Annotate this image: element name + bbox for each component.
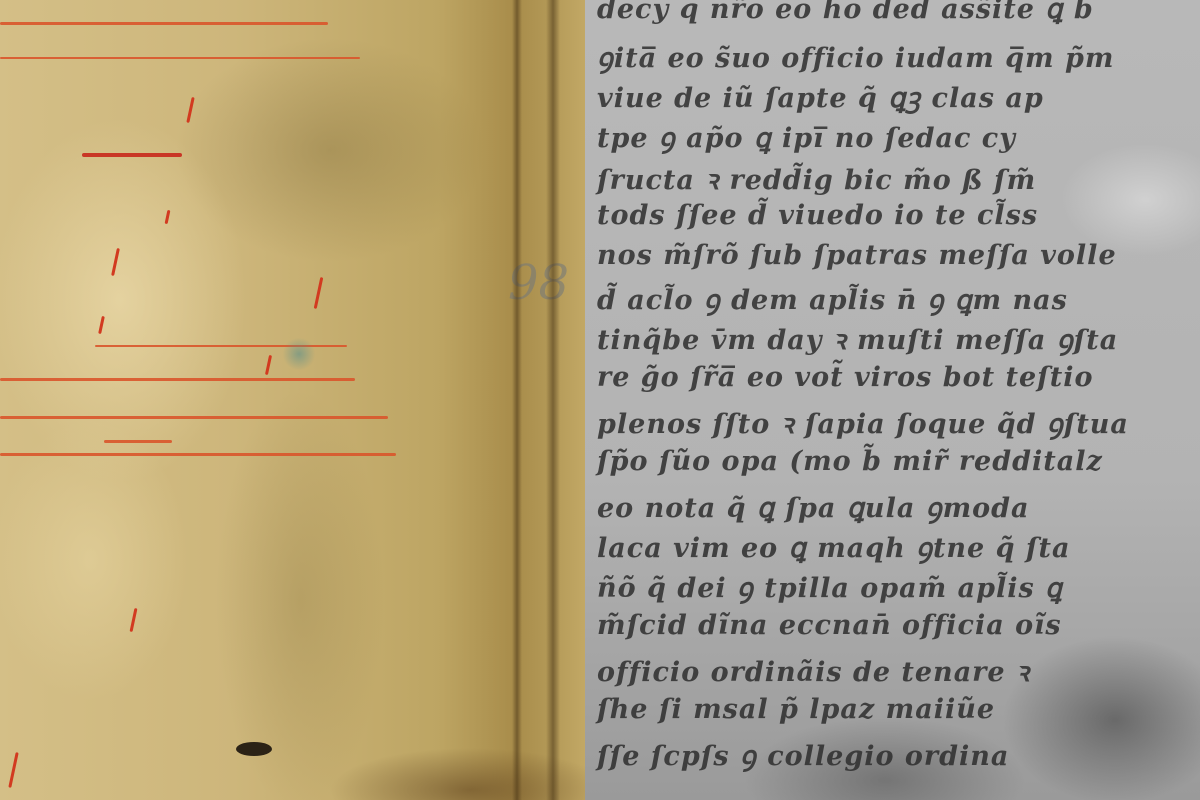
script-line: tpe ꝯ ap̃o ꝗ ipi̅ no ſedac cy [597,118,1016,155]
script-line: d̃ acl̃o ꝯ dem apl̃is n̄ ꝯ ꝗm nas [597,280,1068,317]
ink-blot [236,742,272,756]
script-line: tinq̃be v̄m day ꝛ muſti meſſa ꝯſta [597,320,1118,357]
script-line: officio ordinãis de tenare ꝛ [597,652,1030,689]
red-paraph-mark [8,752,18,788]
red-ruling-line [0,453,396,456]
gutter-shadow [512,0,522,800]
script-line: nos m̃ſrõ ſub ſpatras meſſa volle [597,240,1117,271]
script-line: viue de iũ ſapte q̃ ꝗꝫ clas ap [597,78,1044,115]
red-ruling-line [82,153,182,157]
script-line: plenos ſſto ꝛ ſapia ſoque q̃d ꝯſtua [597,404,1129,441]
red-ruling-line [0,416,388,419]
red-paraph-mark [265,355,272,375]
red-paraph-mark [98,316,105,334]
script-line: re g̃o ſr̃a̅ eo vot̃ viros bot teſtio [597,362,1094,393]
red-paraph-mark [111,248,120,276]
blue-green-stain [282,338,316,370]
script-line: m̃ſcid dĩna eccnan̄ officia oĩs [597,610,1062,641]
red-ruling-line [0,57,360,59]
script-line: ꝯita̅ eo s̃uo officio iudam q̅m p̃m [597,38,1114,75]
script-line: tods ſſee d̃ viuedo io te cl̃ss [597,200,1038,231]
red-ruling-line [104,440,172,443]
red-ruling-line [0,378,355,381]
script-line: laca vim eo ꝗ maqh ꝯtne q̃ ſta [597,528,1071,565]
script-line: ſſe ſcpſs ꝯ collegio ordina [597,736,1009,773]
script-line: eo nota q̃ ꝗ ſpa ꝗula ꝯmoda [597,488,1030,525]
red-ruling-line [0,22,328,25]
parchment-natural-light-panel: 98 [0,0,585,800]
red-paraph-mark [165,210,171,224]
red-paraph-mark [130,608,138,632]
gutter-shadow [546,0,560,800]
red-paraph-mark [186,97,194,123]
script-line: ſhe ſi msal p̃ lpaz maiiũe [597,694,995,725]
script-line: ſp̃o ſũo opa (mo b̃ mir̃ redditalz [597,446,1103,477]
script-line: ñõ q̃ dei ꝯ tpilla opam̃ apl̃is ꝗ [597,568,1063,605]
script-line: ſructa ꝛ redd̃ig bic m̃o ß ſm̃ [597,160,1036,197]
script-line: decy̅ q̅ nr̃o eo h̃o ded̃ ass̃ite ꝗ b [597,0,1094,25]
red-paraph-mark [314,277,324,309]
enhanced-multispectral-panel: decy̅ q̅ nr̃o eo h̃o ded̃ ass̃ite ꝗ b ꝯi… [585,0,1200,800]
